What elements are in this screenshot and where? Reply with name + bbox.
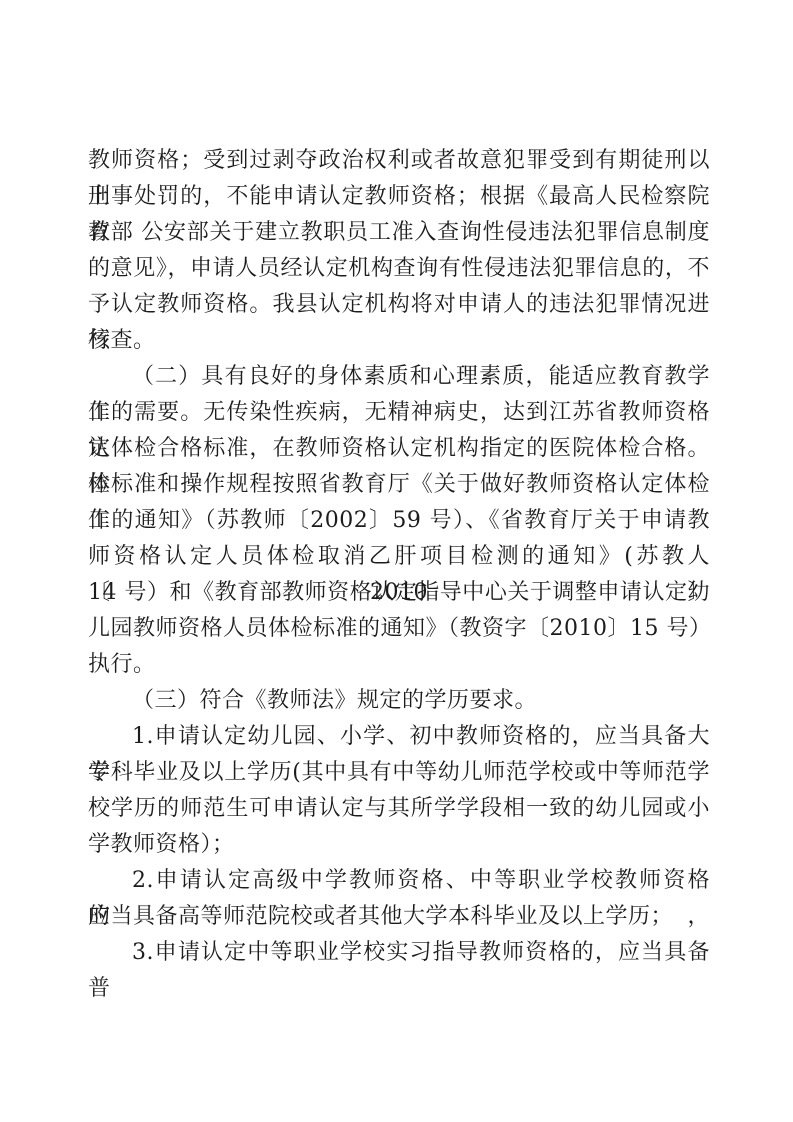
text-line: （三）符合《教师法》规定的学历要求。	[88, 683, 710, 719]
text-line: 刑事处罚的，不能申请认定教师资格；根据《最高人民检察院 教	[88, 179, 710, 215]
text-line: 检标准和操作规程按照省教育厅《关于做好教师资格认定体检工	[88, 467, 710, 503]
text-line: 师资格认定人员体检取消乙肝项目检测的通知》(苏教人〔2010〕	[88, 539, 710, 575]
text-line: 核查。	[88, 323, 710, 359]
text-line: 2.申请认定高级中学教师资格、中等职业学校教师资格的，	[88, 863, 710, 899]
text-line: 儿园教师资格人员体检标准的通知》（教资字〔2010〕15 号）	[88, 611, 710, 647]
text-line: 育部 公安部关于建立教职员工准入查询性侵违法犯罪信息制度	[88, 215, 710, 251]
text-line: （二）具有良好的身体素质和心理素质，能适应教育教学工	[88, 359, 710, 395]
text-line: 定体检合格标准，在教师资格认定机构指定的医院体检合格。体	[88, 431, 710, 467]
document-page: 教师资格；受到过剥夺政治权利或者故意犯罪受到有期徒刑以上刑事处罚的，不能申请认定…	[0, 0, 793, 1122]
text-line: 学教师资格）；	[88, 827, 710, 863]
text-line: 作的通知》（苏教师〔2002〕59 号）、《省教育厅关于申请教	[88, 503, 710, 539]
text-line: 应当具备高等师范院校或者其他大学本科毕业及以上学历；	[88, 899, 710, 935]
text-line: 3.申请认定中等职业学校实习指导教师资格的，应当具备普	[88, 935, 710, 971]
text-line: 专科毕业及以上学历(其中具有中等幼儿师范学校或中等师范学	[88, 755, 710, 791]
text-line: 执行。	[88, 647, 710, 683]
document-body: 教师资格；受到过剥夺政治权利或者故意犯罪受到有期徒刑以上刑事处罚的，不能申请认定…	[88, 143, 710, 971]
text-line: 1.申请认定幼儿园、小学、初中教师资格的，应当具备大学	[88, 719, 710, 755]
text-line: 作的需要。无传染性疾病，无精神病史，达到江苏省教师资格认	[88, 395, 710, 431]
text-line: 14 号）和《教育部教师资格认定指导中心关于调整申请认定幼	[88, 575, 710, 611]
text-line: 的意见》，申请人员经认定机构查询有性侵违法犯罪信息的，不	[88, 251, 710, 287]
text-line: 教师资格；受到过剥夺政治权利或者故意犯罪受到有期徒刑以上	[88, 143, 710, 179]
text-line: 校学历的师范生可申请认定与其所学学段相一致的幼儿园或小	[88, 791, 710, 827]
text-line: 予认定教师资格。我县认定机构将对申请人的违法犯罪情况进行	[88, 287, 710, 323]
